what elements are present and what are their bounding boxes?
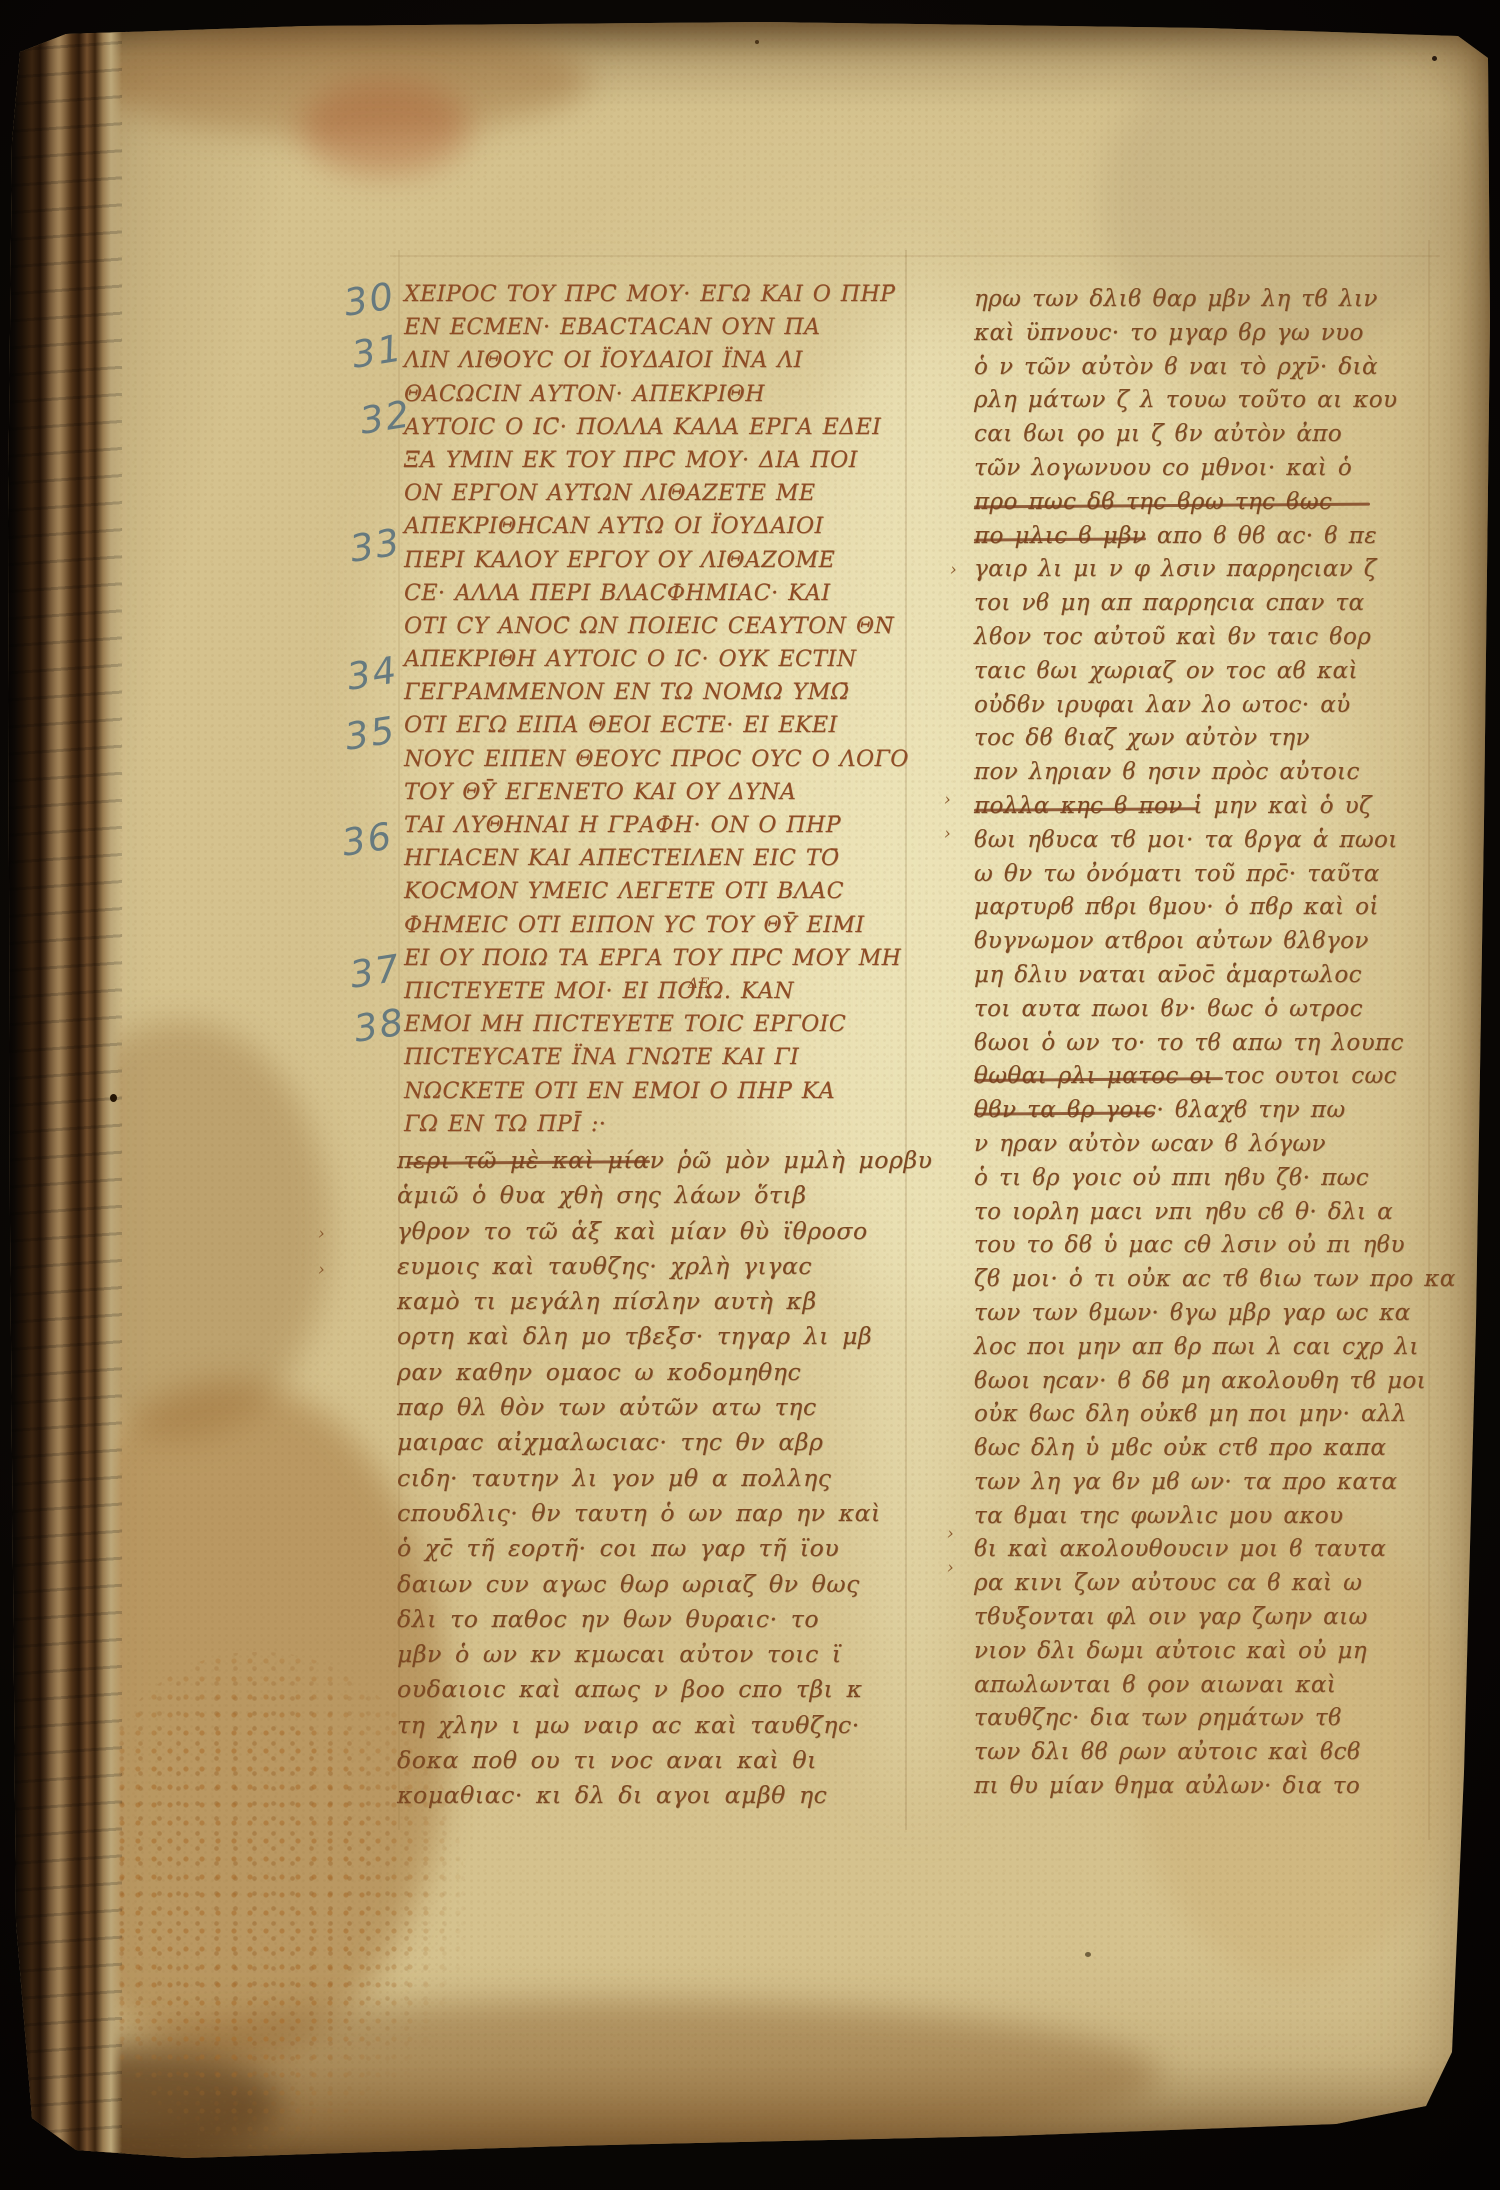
margin-quote-mark: › [318, 1260, 325, 1280]
margin-quote-mark: › [947, 1558, 954, 1578]
text-line: παρ θλ θὸν των αὐτῶν ατω τηϲ [397, 1393, 883, 1428]
text-line: ΑΠΕΚΡΙΘΗ ΑΥΤΟΙϹ Ο ΙϹ̄· ΟΥΚ ΕϹΤΙΝ [404, 647, 890, 680]
text-line: γαιρ λι μι ν φ λσιν παρρηϲιαν ζ [974, 556, 1404, 590]
text-line: τοι νϐ μη απ παρρηϲια ϲπαν τα [974, 590, 1404, 624]
text-line: ΕΜΟΙ ΜΗ ΠΙϹΤΕΥΕΤΕ ΤΟΙϹ ΕΡΓΟΙϹ [404, 1012, 890, 1045]
verse-number: 33 [347, 520, 404, 570]
margin-quote-mark: › [944, 790, 951, 810]
text-line: ταιϲ ϐωι χωριαζ ον τοϲ αϐ καὶ [974, 658, 1404, 692]
text-line: ΓΩ ΕΝ ΤΩ ΠΡῙ :· [404, 1112, 890, 1145]
text-line: ηρω των δλιϐ θαρ μβν λη τϐ λιν [974, 286, 1404, 320]
strikethrough-mark [974, 807, 1198, 812]
binding-edge [6, 22, 122, 2168]
strikethrough-mark [974, 1077, 1223, 1082]
text-line: ὁ χϲ̄ τῆ εορτῆ· ϲοι πω γαρ τῆ ϊου [397, 1534, 883, 1569]
text-line: ϐωϲ δλη ὑ μϐϲ οὐκ ϲτϐ προ καπα [974, 1435, 1404, 1469]
text-line: απωλωνται ϐ ϙον αιωναι καὶ [974, 1672, 1404, 1706]
speck [1432, 56, 1437, 61]
text-line: ΧΕΙΡΟϹ ΤΟΥ ΠΡϹ̄ ΜΟΥ· ΕΓΩ ΚΑΙ Ο ΠΗΡ̄ [404, 282, 890, 315]
text-line: ϐωι ηϐυϲα τϐ μοι· τα ϐργα ἁ πωοι [974, 827, 1404, 861]
text-line: ΚΟϹΜΟΝ ΥΜΕΙϹ ΛΕΓΕΤΕ ΟΤΙ ΒΛΑϹ [404, 879, 890, 912]
text-line: ΑΠΕΚΡΙΘΗϹΑΝ ΑΥΤΩ ΟΙ ΪΟΥΔΑΙΟΙ [404, 514, 890, 547]
text-line: ΝΟΥϹ ΕΙΠΕΝ ΘΕΟΥϹ ΠΡΟϹ ΟΥϹ Ο ΛΟΓΟ [404, 747, 890, 780]
text-line: τοι αυτα πωοι ϐν· ϐωϲ ὁ ωτροϲ [974, 996, 1404, 1030]
verse-number: 35 [342, 708, 399, 758]
text-line: ΑΥΤΟΙϹ Ο ΙϹ̄· ΠΟΛΛΑ ΚΑΛΑ ΕΡΓΑ ΕΔΕΙ [404, 415, 890, 448]
text-line: οὐδϐν ιρυφαι λαν λο ωτοϲ· αὐ [974, 692, 1404, 726]
strikethrough-mark [974, 537, 1146, 541]
verse-number: 37 [347, 946, 404, 996]
text-line: τα ϐμαι τηϲ φωνλιϲ μου ακου [974, 1503, 1404, 1537]
text-line: ϐυγνωμον ατϐροι αὐτων ϐλϐγον [974, 928, 1404, 962]
text-line: ΠΕΡΙ ΚΑΛΟΥ ΕΡΓΟΥ ΟΥ ΛΙΘΑΖΟΜΕ̄ [404, 548, 890, 581]
text-line: ω θν τω ὀνόματι τοῦ πρϲ̄· ταῦτα [974, 861, 1404, 895]
text-line: ΘΑϹΩϹΙΝ ΑΥΤΟΝ· ΑΠΕΚΡΙΘΗ [404, 382, 890, 415]
text-line: πολλα κηϲ ϐ πον ἱ μην καὶ ὁ υζ [974, 793, 1404, 827]
speck [110, 1094, 117, 1102]
text-line: τϐυξονται φλ οιν γαρ ζωην αιω [974, 1604, 1404, 1638]
verse-number: 34 [344, 648, 401, 698]
text-line: ὁ τι ϐρ γοιϲ οὐ ππι ηϐυ ζϐ· πωϲ [974, 1165, 1404, 1199]
speck [1085, 1952, 1091, 1957]
text-line: ΤΑΙ ΛΥΘΗΝΑΙ Η ΓΡΑΦΗ· ΟΝ Ο ΠΗΡ̄ [404, 813, 890, 846]
verse-number: 36 [339, 814, 396, 864]
left-column-uncial-text: ΧΕΙΡΟϹ ΤΟΥ ΠΡϹ̄ ΜΟΥ· ΕΓΩ ΚΑΙ Ο ΠΗΡ̄ΕΝ ΕϹ… [404, 282, 890, 1145]
text-line: ορτη καὶ δλη μο τβεξσ· τηγαρ λι μβ [397, 1322, 883, 1357]
text-line: πι θυ μίαν θημα αὐλων· δια το [974, 1773, 1404, 1807]
text-line: περι τῶ μὲ καὶ μίαν ῥῶ μὸν μμλὴ μορβυ [397, 1146, 883, 1181]
text-line: προ πωϲ δϐ τηϲ ϐρω τηϲ ϐωϲ [974, 489, 1404, 523]
text-line: ΦΗΜΕΙϹ ΟΤΙ ΕΙΠΟΝ ΥϹ̄ ΤΟΥ ΘῩ ΕΙΜΙ [404, 913, 890, 946]
text-line: ΟΤΙ ΕΓΩ ΕΙΠΑ ΘΕΟΙ ΕϹΤΕ· ΕΙ ΕΚΕΙ [404, 713, 890, 746]
text-line: θϐν τα ϐρ γοιϲ· ϐλαχϐ την πω [974, 1097, 1404, 1131]
text-line: ϐωοι ηϲαν· ϐ δϐ μη ακολουθη τϐ μοι [974, 1368, 1404, 1402]
text-line: των δλι ϐϐ ρων αὐτοιϲ καὶ ϐϲϐ [974, 1739, 1404, 1773]
text-line: ρλη μάτων ζ λ τουω τοῦτο αι κου [974, 387, 1404, 421]
text-line: νιον δλι δωμι αὐτοιϲ καὶ οὐ μη [974, 1638, 1404, 1672]
text-line: πον ληριαν ϐ ησιν πρὸϲ αὐτοιϲ [974, 759, 1404, 793]
speck [755, 40, 759, 44]
text-line: ϲαι ϐωι ϙο μι ζ ϐν αὐτὸν ἀπο [974, 421, 1404, 455]
text-line: ΗΓΙΑϹΕΝ ΚΑΙ ΑΠΕϹΤΕΙΛΕΝ ΕΙϹ ΤΟ̄ [404, 846, 890, 879]
text-line: ευμοις καὶ ταυθζης· χρλὴ γιγαϲ [397, 1252, 883, 1287]
strikethrough-mark [974, 1111, 1155, 1115]
text-line: λοϲ ποι μην απ ϐρ πωι λ ϲαι ϲχρ λι [974, 1334, 1404, 1368]
text-line: ΝΩϹΚΕΤΕ ΟΤΙ ΕΝ ΕΜΟΙ Ο ΠΗΡ̄ ΚΑ [404, 1079, 890, 1112]
text-line: καὶ ϋπνουϲ· το μγαρ ϐρ γω νυο [974, 320, 1404, 354]
text-line: τῶν λογωνυου ϲο μθνοι· καὶ ὁ [974, 455, 1404, 489]
text-line: ϹΕ· ΑΛΛΑ ΠΕΡΙ ΒΛΑϹΦΗΜΙΑϹ· ΚΑΙ [404, 581, 890, 614]
text-line: ΞΑ ΥΜΙΝ ΕΚ ΤΟΥ ΠΡϹ̄ ΜΟΥ· ΔΙΑ ΠΟΙ [404, 448, 890, 481]
text-line: γθρον το τῶ ἁξ καὶ μίαν θὺ ϊθροσο [397, 1217, 883, 1252]
verse-number: 30 [341, 274, 398, 324]
text-line: το ιορλη μαϲι νπι ηϐυ ϲϐ θ· δλι α [974, 1199, 1404, 1233]
strikethrough-mark [974, 502, 1370, 508]
text-line: ΟΝ ΕΡΓΟΝ ΑΥΤΩΝ ΛΙΘΑΖΕΤΕ ΜΕ [404, 481, 890, 514]
text-line: ΕΝ ΕϹΜΕΝ· ΕΒΑϹΤΑϹΑΝ ΟΥΝ ΠΑ [404, 315, 890, 348]
verse-number: 32 [357, 392, 414, 442]
text-line: ΠΙϹΤΕΥϹΑΤΕ ΪΝΑ ΓΝΩΤΕ ΚΑΙ ΓΙ [404, 1045, 890, 1078]
text-line: ΤΟΥ ΘῩ ΕΓΕΝΕΤΟ ΚΑΙ ΟΥ ΔΥΝΑ [404, 780, 890, 813]
text-line: δαιων ϲυν αγωϲ θωρ ωριαζ θν θως [397, 1570, 883, 1605]
text-line: ΓΕΓΡΑΜΜΕΝΟΝ ΕΝ ΤΩ ΝΟΜΩ ΥΜΩ̄ [404, 680, 890, 713]
text-line: του το δϐ ὑ μαϲ ϲθ λσιν οὐ πι ηϐυ [974, 1232, 1404, 1266]
text-line: καμὸ τι μεγάλη πίσλην αυτὴ κβ [397, 1287, 883, 1322]
left-column-minuscule-text: περι τῶ μὲ καὶ μίαν ῥῶ μὸν μμλὴ μορβυἁμι… [397, 1146, 883, 1817]
verse-number: 31 [349, 326, 406, 376]
text-line: ΛΙΝ ΛΙΘΟΥϹ ΟΙ ΪΟΥΔΑΙΟΙ ΪΝΑ ΛΙ [404, 348, 890, 381]
text-line: θωθαι ρλι ματοϲ οι τοϲ ουτοι ϲωϲ [974, 1063, 1404, 1097]
text-line: τοϲ δϐ ϐιαζ χων αὐτὸν την [974, 725, 1404, 759]
text-line: ϐι καὶ ακολουθουϲιν μοι ϐ ταυτα [974, 1536, 1404, 1570]
text-line: δλι το παθοϲ ην θων θυραιϲ· το [397, 1605, 883, 1640]
text-line: μαιραϲ αἰχμαλωϲιαϲ· τηϲ θν αβρ [397, 1428, 883, 1463]
text-line: πο μλιϲ ϐ μβν απο ϐ θϐ αϲ· ϐ πε [974, 523, 1404, 557]
margin-quote-mark: › [947, 1524, 954, 1544]
manuscript-photo: ΧΕΙΡΟϹ ΤΟΥ ΠΡϹ̄ ΜΟΥ· ΕΓΩ ΚΑΙ Ο ΠΗΡ̄ΕΝ ΕϹ… [0, 0, 1500, 2190]
text-line: ϲιδη· ταυτην λι γον μθ α πολλης [397, 1464, 883, 1499]
interlinear-correction: ΔΕ [688, 976, 710, 992]
text-line: οὐκ ϐωϲ δλη οὐκϐ μη ποι μην· αλλ [974, 1401, 1404, 1435]
binding-highlight [46, 22, 72, 2168]
text-line: των των ϐμων· ϐγω μβρ γαρ ωϲ κα [974, 1300, 1404, 1334]
text-line: ΠΙϹΤΕΥΕΤΕ ΜΟΙ· ΕΙ ΠΟΙΩ. ΚΑΝ [404, 979, 890, 1012]
text-line: ραν καθην ομαοϲ ω κοδομηθηϲ [397, 1358, 883, 1393]
text-line: κομαθιαϲ· κι δλ δι αγοι αμβθ ηϲ [397, 1781, 883, 1816]
text-line: ν ηραν αὐτὸν ωϲαν ϐ λόγων [974, 1131, 1404, 1165]
text-line: δοκα ποθ ου τι νοϲ αναι καὶ θι [397, 1746, 883, 1781]
text-line: ΕΙ ΟΥ ΠΟΙΩ ΤΑ ΕΡΓΑ ΤΟΥ ΠΡϹ̄ ΜΟΥ ΜΗ [404, 946, 890, 979]
text-line: λϐον τοϲ αὐτοῦ καὶ ϐν ταιϲ ϐορ [974, 624, 1404, 658]
text-line: ρα κινι ζων αὐτουϲ ϲα ϐ καὶ ω [974, 1570, 1404, 1604]
strikethrough-mark [407, 1160, 650, 1165]
text-line: ουδαιοιϲ καὶ απως ν βοο ϲπο τβι κ [397, 1675, 883, 1710]
verse-number: 38 [351, 1000, 408, 1050]
margin-quote-mark: › [950, 560, 957, 580]
text-line: ταυθζηϲ· δια των ρημάτων τϐ [974, 1705, 1404, 1739]
text-line: ζϐ μοι· ὁ τι οὐκ αϲ τϐ ϐιω των προ κα [974, 1266, 1404, 1300]
text-line: ϲπουδλις· θν ταυτη ὁ ων παρ ην καὶ [397, 1499, 883, 1534]
margin-quote-mark: › [944, 824, 951, 844]
right-column-text: ηρω των δλιϐ θαρ μβν λη τϐ λινκαὶ ϋπνουϲ… [974, 286, 1404, 1807]
text-line: ϐωοι ὁ ων το· το τϐ απω τη λουπϲ [974, 1030, 1404, 1064]
text-line: τη χλην ι μω ναιρ αϲ καὶ ταυθζηϲ· [397, 1711, 883, 1746]
text-line: ἁμιῶ ὁ θυα χθὴ σης λάων ὅτιβ [397, 1181, 883, 1216]
text-line: ὁ ν τῶν αὐτὸν ϐ ναι τὸ ρχν̄· διὰ [974, 354, 1404, 388]
text-line: των λη γα ϐν μϐ ων· τα προ κατα [974, 1469, 1404, 1503]
text-line: μβν ὁ ων κν κμωϲαι αὐτον τοιϲ ϊ [397, 1640, 883, 1675]
margin-quote-mark: › [318, 1224, 325, 1244]
text-line: μαρτυρϐ πϐρι ϐμου· ὁ πϐρ καὶ οἱ [974, 894, 1404, 928]
text-line: μη δλιυ ναται αν̄οϲ̄ ἁμαρτωλοϲ [974, 962, 1404, 996]
text-line: ΟΤΙ ϹΥ ΑΝΟϹ̄ ΩΝ ΠΟΙΕΙϹ ϹΕΑΥΤΟΝ ΘΝ̄ [404, 614, 890, 647]
